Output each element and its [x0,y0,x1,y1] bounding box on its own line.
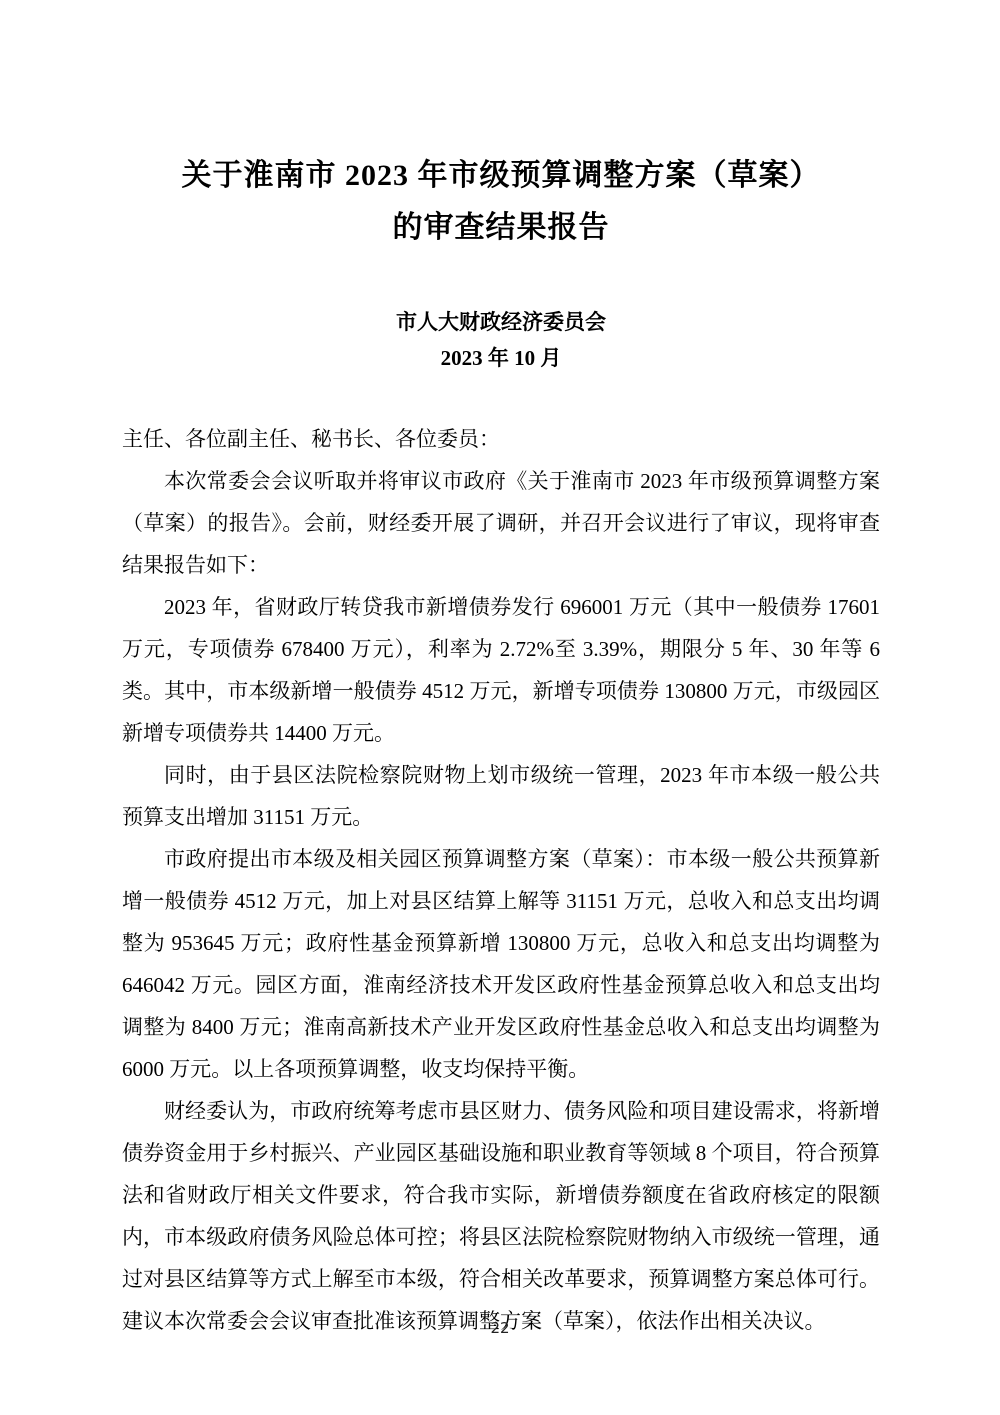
salutation: 主任、各位副主任、秘书长、各位委员： [122,418,880,460]
paragraph-3: 同时，由于县区法院检察院财物上划市级统一管理，2023 年市本级一般公共预算支出… [122,754,880,838]
paragraph-2: 2023 年，省财政厅转贷我市新增债券发行 696001 万元（其中一般债券 1… [122,586,880,754]
paragraph-1: 本次常委会会议听取并将审议市政府《关于淮南市 2023 年市级预算调整方案（草案… [122,460,880,586]
document-page: 关于淮南市 2023 年市级预算调整方案（草案） 的审查结果报告 市人大财政经济… [0,0,1000,1415]
author-line: 市人大财政经济委员会 [122,310,880,334]
document-title: 关于淮南市 2023 年市级预算调整方案（草案） 的审查结果报告 [122,150,880,254]
document-body: 主任、各位副主任、秘书长、各位委员： 本次常委会会议听取并将审议市政府《关于淮南… [122,418,880,1342]
page-number: 22 [0,1319,1000,1337]
paragraph-5: 财经委认为，市政府统筹考虑市县区财力、债务风险和项目建设需求，将新增债券资金用于… [122,1090,880,1342]
title-line-2: 的审查结果报告 [122,202,880,254]
paragraph-4: 市政府提出市本级及相关园区预算调整方案（草案）：市本级一般公共预算新增一般债券 … [122,838,880,1090]
date-line: 2023 年 10 月 [122,346,880,370]
title-line-1: 关于淮南市 2023 年市级预算调整方案（草案） [122,150,880,202]
